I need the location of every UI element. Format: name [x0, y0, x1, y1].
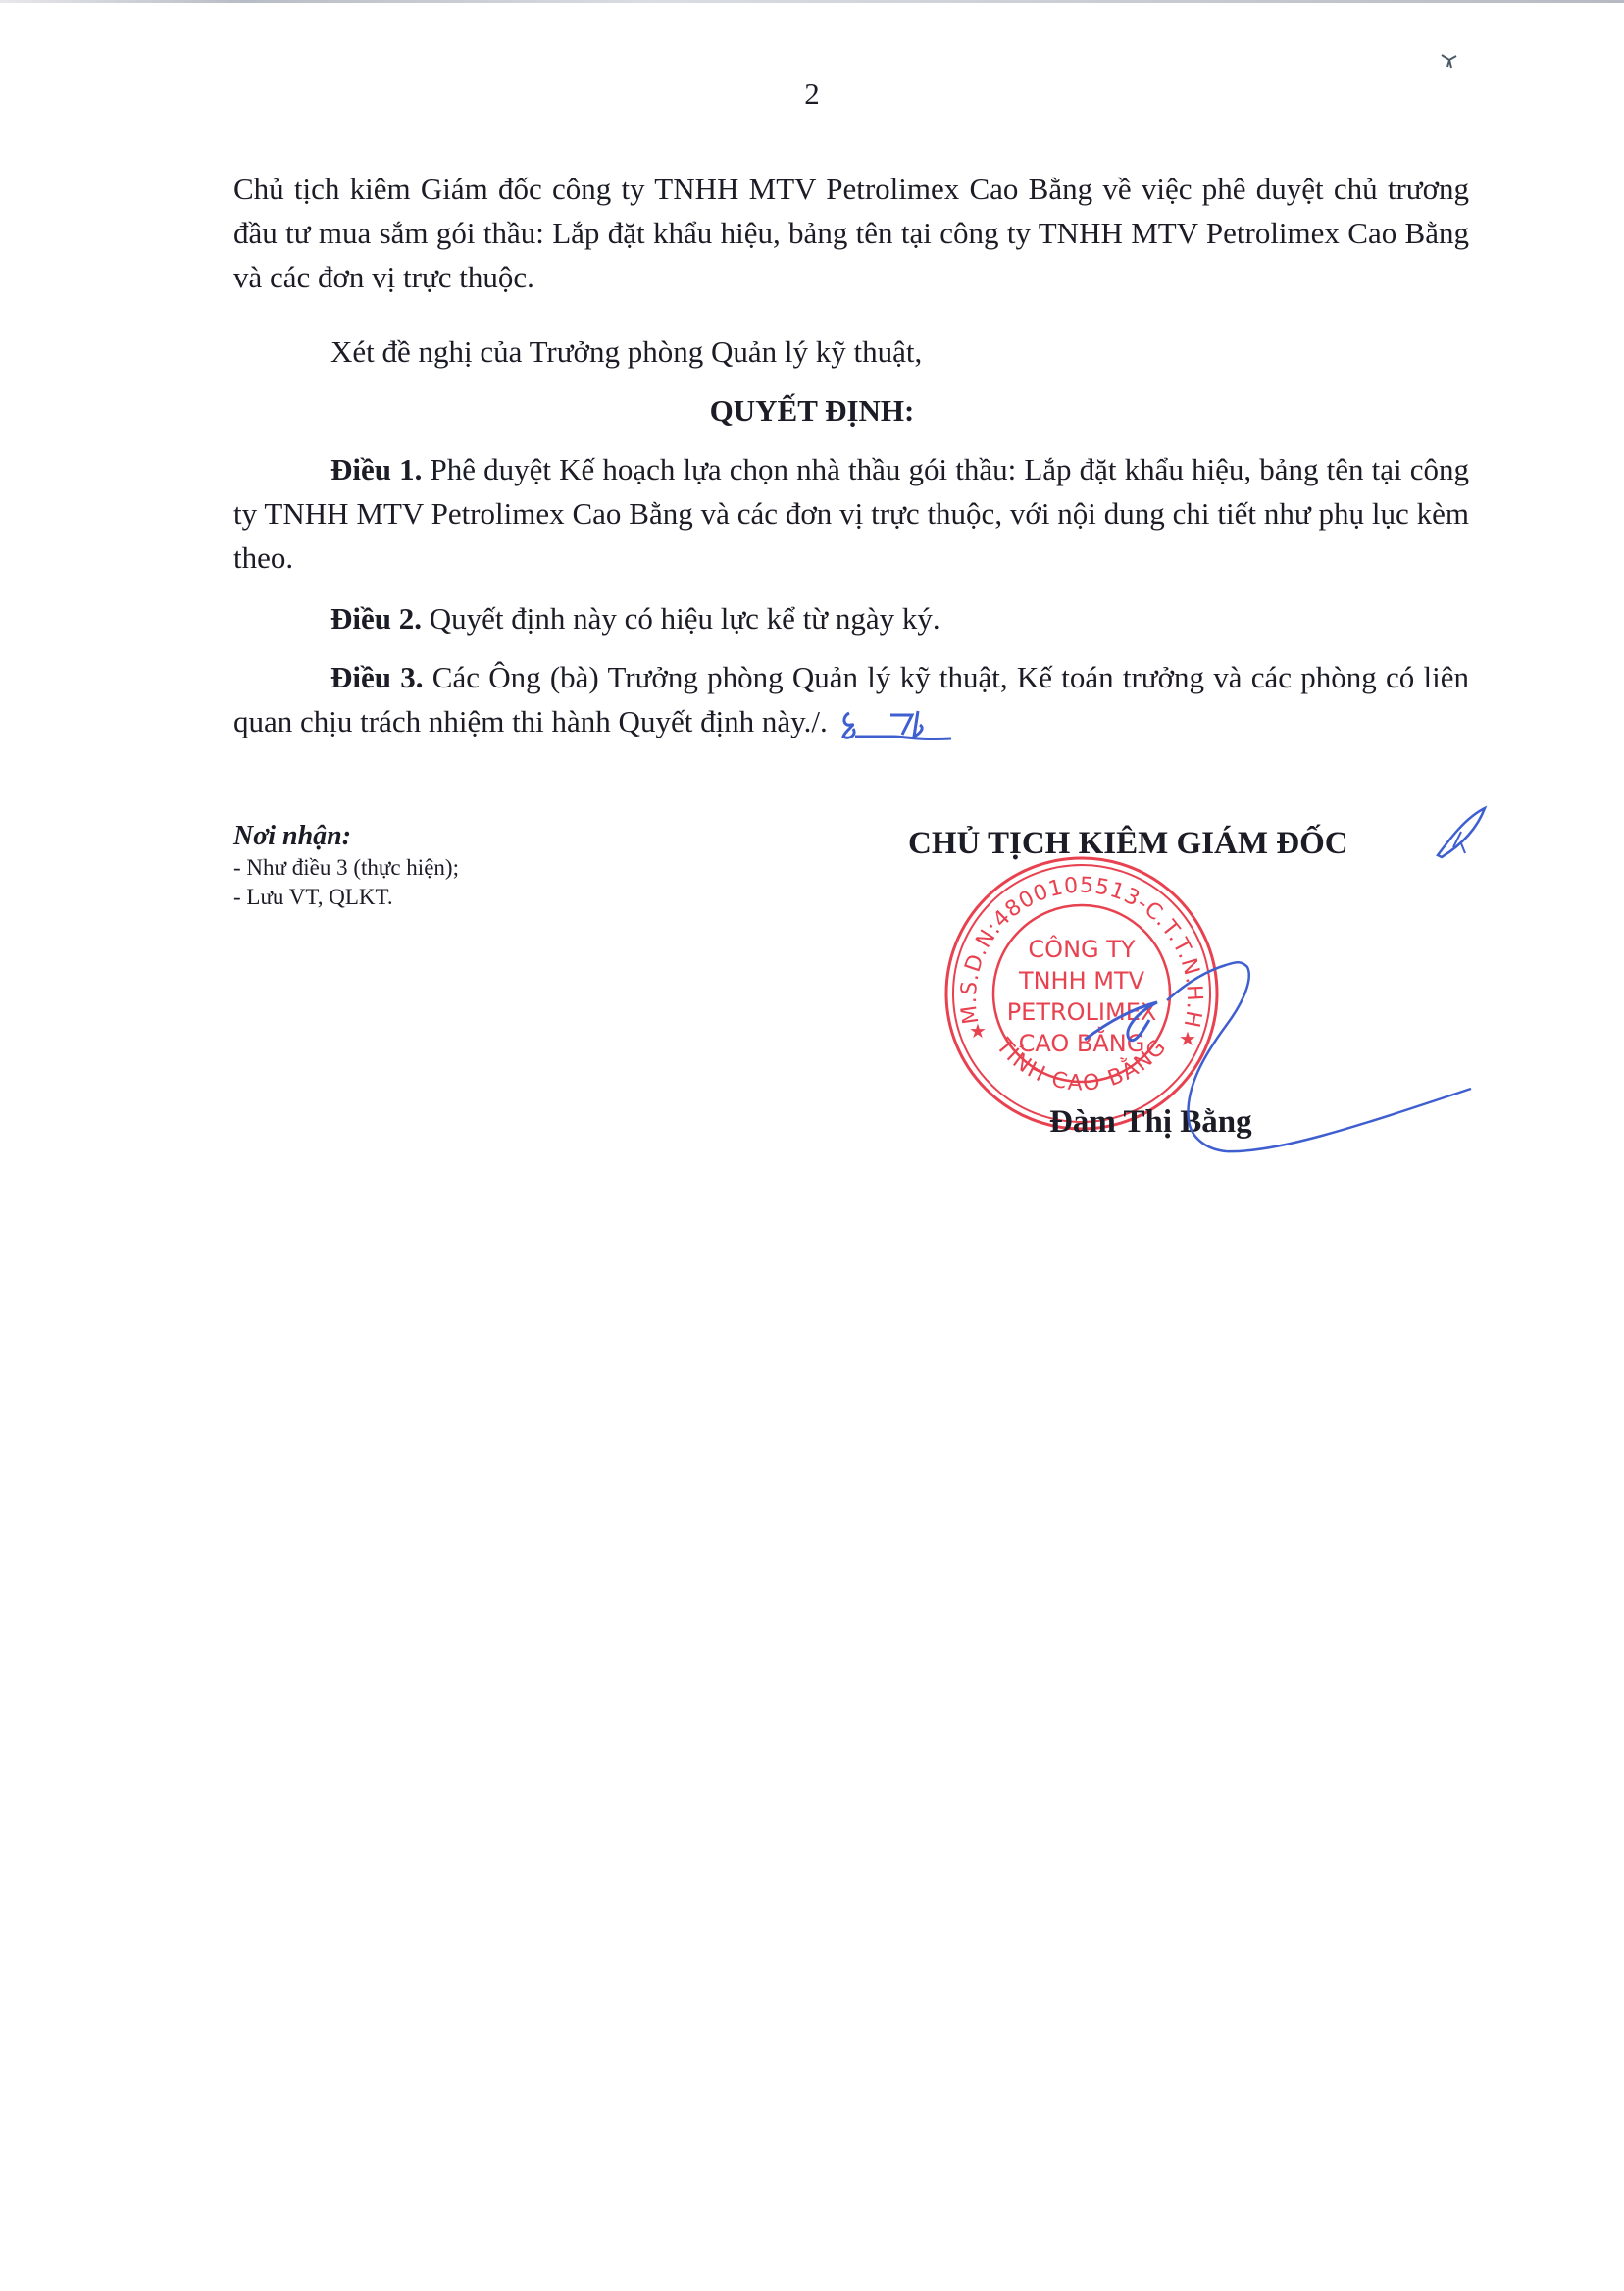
article-2-text: Quyết định này có hiệu lực kể từ ngày ký… [422, 601, 940, 636]
article-2-label: Điều 2. [330, 601, 422, 636]
article-3: Điều 3. Các Ông (bà) Trưởng phòng Quản l… [233, 655, 1469, 744]
article-1: Điều 1. Phê duyệt Kế hoạch lựa chọn nhà … [233, 447, 1469, 580]
consideration-paragraph: Xét đề nghị của Trưởng phòng Quản lý kỹ … [233, 330, 1469, 374]
preamble-paragraph: Chủ tịch kiêm Giám đốc công ty TNHH MTV … [233, 167, 1469, 299]
article-3-label: Điều 3. [330, 660, 424, 694]
scan-mark-icon [1438, 51, 1459, 71]
article-1-label: Điều 1. [330, 452, 422, 486]
scan-top-edge [0, 0, 1624, 3]
recipient-item: - Lưu VT, QLKT. [233, 883, 459, 912]
article-2: Điều 2. Quyết định này có hiệu lực kể từ… [233, 596, 1469, 640]
handwritten-signature [1079, 932, 1491, 1167]
decision-heading: QUYẾT ĐỊNH: [0, 388, 1624, 433]
page-number: 2 [0, 75, 1624, 114]
initials-icon [836, 705, 953, 744]
recipients-block: Nơi nhận: - Như điều 3 (thực hiện); - Lư… [233, 820, 459, 912]
recipients-title: Nơi nhận: [233, 820, 459, 853]
seal-star-icon: ★ [969, 1019, 987, 1043]
recipient-item: - Như điều 3 (thực hiện); [233, 853, 459, 883]
pen-flourish-icon [1432, 804, 1491, 861]
